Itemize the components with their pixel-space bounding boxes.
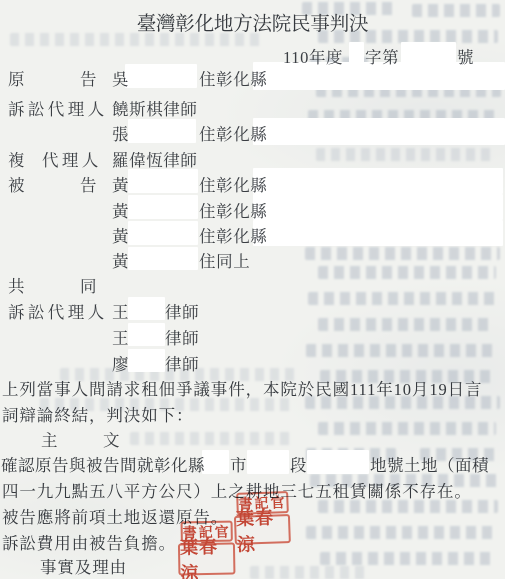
plaintiff-surname: 吳 <box>112 66 129 90</box>
defendant-line: 黃 住同上 <box>0 248 505 272</box>
holding1-part-b: 市 <box>230 452 247 476</box>
holding1-part-a: 確認原告與被告間就彰化縣 <box>1 452 205 476</box>
case-number-suffix: 號 <box>457 44 474 68</box>
plaintiff-line: 原 告 吳 住彰化縣 <box>0 66 505 90</box>
case-word: 字第 <box>365 44 399 68</box>
joint-attorney-surname: 王 <box>112 325 129 349</box>
plaintiff-label: 原 <box>8 66 25 90</box>
lawyer-suffix: 律師 <box>165 299 199 323</box>
defendant-label-2: 告 <box>80 172 97 196</box>
attorney-name: 饒斯棋律師 <box>112 96 198 120</box>
sub-attorney-name: 羅偉恆律師 <box>112 147 198 171</box>
holding-line-1: 確認原告與被告間就彰化縣 市 段 地號土地（面積 <box>0 452 505 476</box>
judgment-title: 臺灣彰化地方法院民事判決 <box>0 8 505 36</box>
co-plaintiff-surname: 張 <box>112 121 129 145</box>
joint-attorney-label: 訴訟代理人 <box>8 299 108 323</box>
defendant-surname: 黃 <box>112 248 129 272</box>
joint-attorney-surname: 王 <box>112 299 129 323</box>
joint-label-line: 共 同 <box>0 273 505 297</box>
preamble-line-1: 上列當事人間請求租佃爭議事件，本院於民國111年10月19日言 <box>0 376 505 400</box>
defendant-address: 住同上 <box>199 248 250 272</box>
plaintiff-label-2: 告 <box>80 66 97 90</box>
joint-attorney-line: 王 律師 <box>0 325 505 349</box>
defendant-line: 黃 住彰化縣 <box>0 198 505 222</box>
clerk-stamp-left: 書記官 葉春涼 <box>178 521 236 576</box>
preamble-text-2: 詞辯論終結，判決如下： <box>2 402 193 426</box>
preamble-line-2: 詞辯論終結，判決如下： <box>0 402 505 426</box>
defendant-surname: 黃 <box>112 198 129 222</box>
plaintiff-address: 住彰化縣 <box>199 66 267 90</box>
defendant-line: 被 告 黃 住彰化縣 <box>0 172 505 196</box>
clerk-stamp-right: 書記官 葉春涼 <box>233 491 291 545</box>
case-year: 110年度 <box>283 44 343 68</box>
defendant-address: 住彰化縣 <box>199 172 267 196</box>
lawyer-suffix: 律師 <box>165 351 199 375</box>
holding1-part-c: 段 <box>290 452 307 476</box>
joint-attorney-line: 訴訟代理人 王 律師 <box>0 299 505 323</box>
co-plaintiff-line: 張 住彰化縣 <box>0 121 505 145</box>
main-heading-a: 主 <box>41 427 58 451</box>
main-heading-b: 文 <box>103 427 120 451</box>
sub-attorney-label: 複 <box>8 147 25 171</box>
clerk-stamp-name: 葉春涼 <box>178 543 236 576</box>
attorney-label: 訴訟代理人 <box>8 96 108 120</box>
defendant-address: 住彰化縣 <box>199 223 267 247</box>
sub-attorney-line: 複 代理人 羅偉恆律師 <box>0 147 505 171</box>
main-text-heading: 主 文 <box>0 427 505 451</box>
defendant-label: 被 <box>8 172 25 196</box>
holding4-text: 訴訟費用由被告負擔。 <box>2 530 176 554</box>
joint-label-2: 同 <box>80 273 97 297</box>
court-judgment-page: 臺灣彰化地方法院民事判決 110年度 字第 號 原 告 吳 住彰化縣 訴訟代理人… <box>0 0 505 579</box>
lawyer-suffix: 律師 <box>165 325 199 349</box>
facts-heading-line: 事實及理由 <box>0 554 505 578</box>
joint-attorney-surname: 廖 <box>112 351 129 375</box>
defendant-surname: 黃 <box>112 172 129 196</box>
preamble-text-1: 上列當事人間請求租佃爭議事件，本院於民國111年10月19日言 <box>2 376 482 400</box>
defendant-line: 黃 住彰化縣 <box>0 223 505 247</box>
holding1-part-d: 地號土地（面積 <box>370 452 489 476</box>
defendant-address: 住彰化縣 <box>199 198 267 222</box>
joint-label: 共 <box>8 273 25 297</box>
defendant-surname: 黃 <box>112 223 129 247</box>
case-number-line: 110年度 字第 號 <box>0 44 505 68</box>
facts-heading-text: 事實及理由 <box>40 554 127 578</box>
attorney-line: 訴訟代理人 饒斯棋律師 <box>0 96 505 120</box>
sub-attorney-label-2: 代理人 <box>42 147 102 171</box>
joint-attorney-line: 廖 律師 <box>0 351 505 375</box>
co-plaintiff-address: 住彰化縣 <box>199 121 267 145</box>
clerk-stamp-name: 葉春涼 <box>234 514 291 545</box>
